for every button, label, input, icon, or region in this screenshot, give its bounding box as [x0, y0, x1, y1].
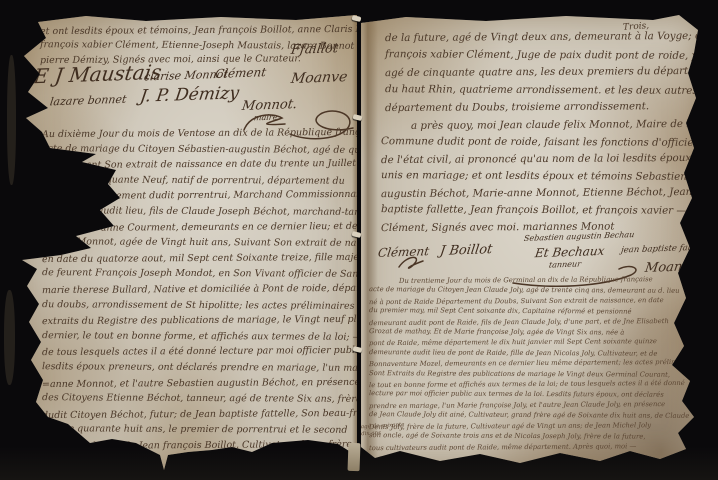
- signature-demizy: J. P. Démizy: [139, 83, 241, 107]
- act-continuation-paragraph: de la future, agé de Vingt deux ans, dem…: [385, 29, 697, 117]
- manuscript-text-line: françois xabier Clément, Juge de paix du…: [385, 46, 697, 65]
- signature-faillot: Ffaillot: [290, 41, 339, 58]
- manuscript-text-line: demeurant audit lieu, fils de Claude Jos…: [42, 203, 354, 220]
- manuscript-text-line: agé de cinquante quatre ans, les deux pr…: [385, 63, 697, 83]
- signature-boillot: J Boillot: [439, 242, 493, 259]
- manuscript-text-line: extraits du Registre des publications de…: [42, 312, 354, 330]
- manuscript-text-line: lesdits époux preneurs, ont déclarés pre…: [42, 359, 354, 376]
- clement-paraph: [397, 253, 427, 273]
- manuscript-text-line: marie therese Bullard, Native et domicil…: [42, 281, 354, 299]
- manuscript-text-line: Rhin, arrondissement dudit porrentrui, M…: [42, 187, 354, 205]
- manuscript-text-line: des Citoyens Etienne Béchot, tanneur, ag…: [42, 390, 354, 407]
- manuscript-text-line: ans, Suivant Son extrait de naissance en…: [42, 156, 354, 174]
- manuscript-text-line: baptiste fallette, Jean françois Boillot…: [381, 201, 699, 220]
- interline-correction: Trois,: [623, 21, 650, 33]
- signature-fallette: jean baptiste fallette: [620, 242, 710, 255]
- manuscript-text-line: Au dixième Jour du mois de Ventose an di…: [42, 125, 354, 143]
- binding-strip: [348, 443, 361, 471]
- torn-edge-remnant: [4, 290, 15, 385]
- marriage-act-joly: Du trentieme Jour du mois de Germinal an…: [369, 275, 697, 452]
- signature-lazare-bonnet: lazare bonnet: [49, 93, 127, 109]
- manuscript-text-line: département du Doubs, troisieme arrondis…: [385, 98, 697, 118]
- manuscript-text-line: de tous lesquels actes il a été donné le…: [42, 343, 354, 361]
- left-page: et ont lesdits époux et témoins, Jean fr…: [16, 12, 357, 472]
- manuscript-text-line: unis en mariage; et ont lesdits époux et…: [381, 167, 699, 186]
- torn-edge-remnant: [7, 55, 16, 185]
- manuscript-scan: et ont lesdits époux et témoins, Jean fr…: [0, 0, 718, 480]
- manuscript-text-line: de l'état civil, ai prononcé qu'au nom d…: [381, 150, 699, 169]
- pronouncement-paragraph: a près quoy, moi Jean claude felix Monno…: [381, 117, 699, 236]
- manuscript-text-line: et ont lesdits époux et témoins, Jean fr…: [40, 23, 356, 40]
- manuscript-text-line: de Seigne leger; de Jean françois Boillo…: [42, 437, 354, 455]
- manuscript-text-line: a près quoy, moi Jean claude felix Monno…: [381, 116, 699, 135]
- marginal-note: agé de soixante dix ans: [361, 422, 410, 437]
- right-page: de la future, agé de Vingt deux ans, dem…: [361, 13, 702, 465]
- signature-moanve: Moanve: [290, 69, 349, 87]
- manuscript-text-line: de la future, agé de Vingt deux ans, dem…: [385, 28, 697, 48]
- marriage-act-bechot-monnot: Au dixième Jour du mois de Ventose an di…: [42, 126, 354, 453]
- manuscript-text-line: de feurent François Joseph Mondot, en So…: [42, 266, 354, 283]
- signature-clement: Clément: [214, 65, 267, 81]
- signature-et-bechaux: Et Bechaux: [534, 244, 605, 261]
- manuscript-text-line: tous cultivateurs audit pont de Raide, m…: [369, 440, 697, 453]
- manuscript-text-line: =anne Monnot, agée de Vingt huit ans, Su…: [42, 234, 354, 251]
- manuscript-text-line: du haut Rhin, quatrieme arrondissement. …: [385, 81, 697, 100]
- manuscript-text-line: augustin Béchot, Marie-anne Monnot, Etie…: [381, 184, 699, 203]
- manuscript-text-line: Commune dudit pont de roide, faisant les…: [381, 133, 699, 152]
- manuscript-text-line: agé de quarante huit ans, le premier de …: [42, 421, 354, 438]
